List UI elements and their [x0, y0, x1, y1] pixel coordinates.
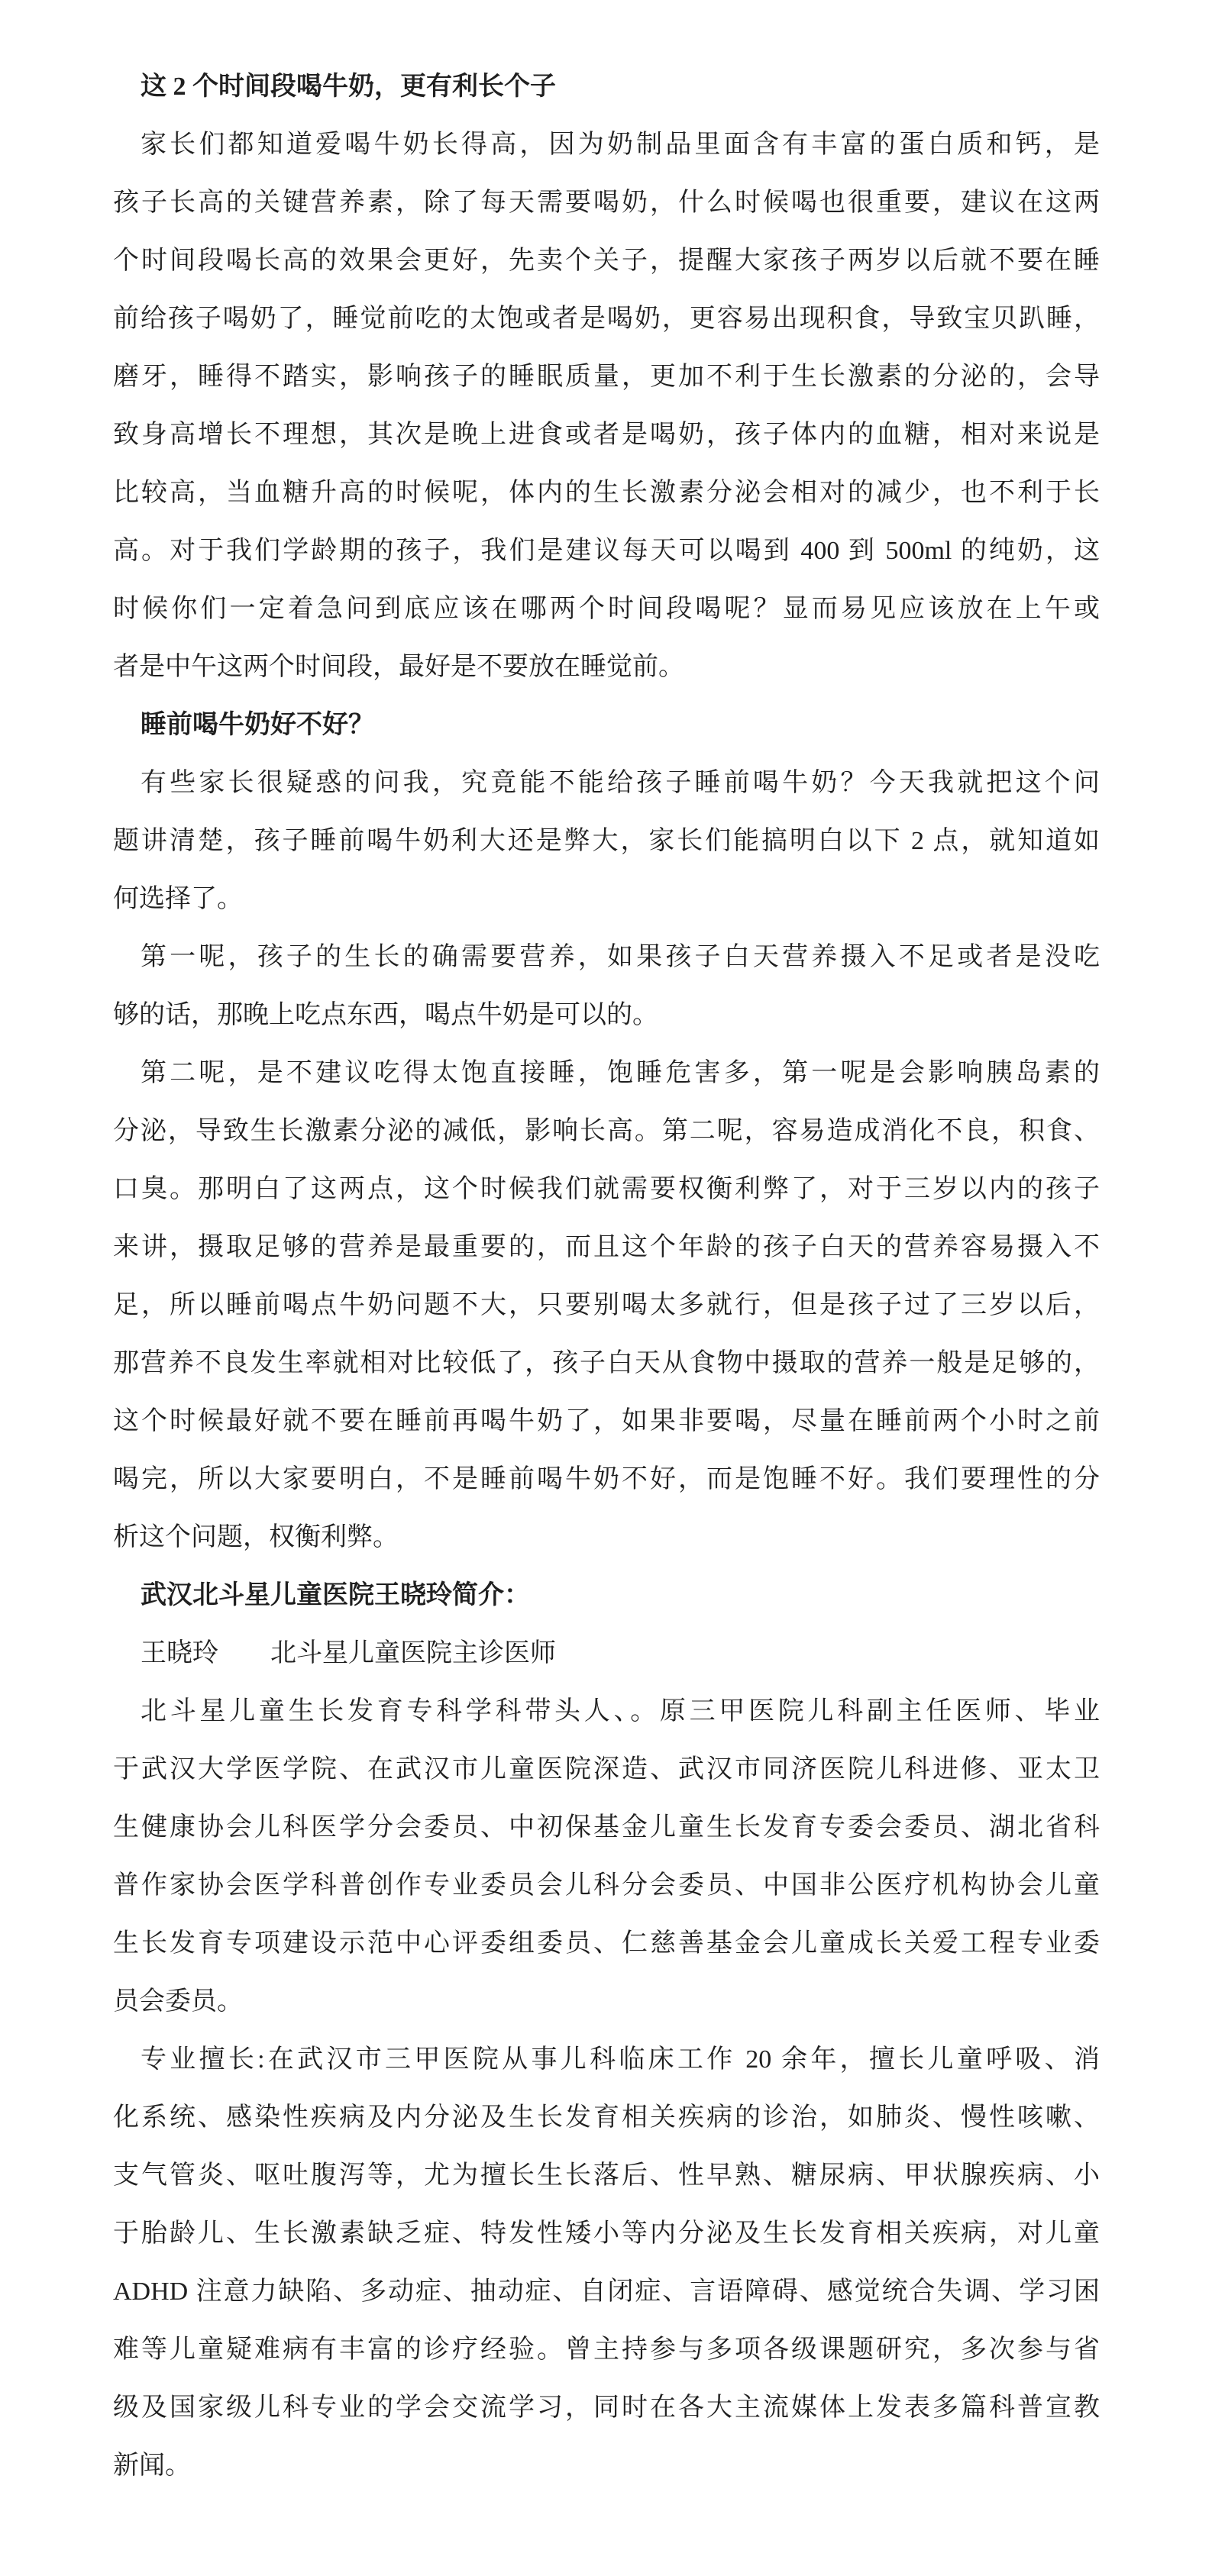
text-line: 难等儿童疑难病有丰富的诊疗经验。曾主持参与多项各级课题研究，多次参与省 — [113, 2321, 1100, 2379]
text-line: 有些家长很疑惑的问我，究竟能不能给孩子睡前喝牛奶？今天我就把这个问 — [113, 754, 1100, 812]
text-line: 够的话，那晚上吃点东西，喝点牛奶是可以的。 — [113, 986, 1100, 1044]
text-line: 高。对于我们学龄期的孩子，我们是建议每天可以喝到 400 到 500ml 的纯奶… — [113, 522, 1100, 580]
text-line: 化系统、感染性疾病及内分泌及生长发育相关疾病的诊治，如肺炎、慢性咳嗽、 — [113, 2089, 1100, 2147]
section-heading: 武汉北斗星儿童医院王晓玲简介： — [113, 1567, 1100, 1625]
text-line: 第一呢，孩子的生长的确需要营养，如果孩子白天营养摄入不足或者是没吃 — [113, 928, 1100, 986]
text-line: ADHD 注意力缺陷、多动症、抽动症、自闭症、言语障碍、感觉统合失调、学习困 — [113, 2263, 1100, 2321]
section-heading: 睡前喝牛奶好不好？ — [113, 696, 1100, 754]
text-line: 于胎龄儿、生长激素缺乏症、特发性矮小等内分泌及生长发育相关疾病，对儿童 — [113, 2205, 1100, 2263]
text-line: 来讲，摄取足够的营养是最重要的，而且这个年龄的孩子白天的营养容易摄入不 — [113, 1219, 1100, 1277]
text-line: 致身高增长不理想，其次是晚上进食或者是喝奶，孩子体内的血糖，相对来说是 — [113, 406, 1100, 464]
text-line: 喝完，所以大家要明白，不是睡前喝牛奶不好，而是饱睡不好。我们要理性的分 — [113, 1451, 1100, 1509]
text-line: 生健康协会儿科医学分会委员、中初保基金儿童生长发育专委会委员、湖北省科 — [113, 1799, 1100, 1857]
text-line: 普作家协会医学科普创作专业委员会儿科分会委员、中国非公医疗机构协会儿童 — [113, 1857, 1100, 1915]
section-heading: 这 2 个时间段喝牛奶，更有利长个子 — [113, 58, 1100, 116]
text-line: 题讲清楚，孩子睡前喝牛奶利大还是弊大，家长们能搞明白以下 2 点，就知道如 — [113, 812, 1100, 870]
text-line: 者是中午这两个时间段，最好是不要放在睡觉前。 — [113, 638, 1100, 696]
text-line: 何选择了。 — [113, 870, 1100, 928]
text-line: 磨牙，睡得不踏实，影响孩子的睡眠质量，更加不利于生长激素的分泌的，会导 — [113, 348, 1100, 406]
text-line: 这个时候最好就不要在睡前再喝牛奶了，如果非要喝，尽量在睡前两个小时之前 — [113, 1393, 1100, 1451]
document-page: 这 2 个时间段喝牛奶，更有利长个子家长们都知道爱喝牛奶长得高，因为奶制品里面含… — [0, 0, 1212, 2576]
text-line: 级及国家级儿科专业的学会交流学习，同时在各大主流媒体上发表多篇科普宣教 — [113, 2379, 1100, 2437]
doctor-name-line: 王晓玲 北斗星儿童医院主诊医师 — [113, 1625, 1100, 1683]
text-line: 家长们都知道爱喝牛奶长得高，因为奶制品里面含有丰富的蛋白质和钙，是 — [113, 116, 1100, 174]
text-line: 析这个问题，权衡利弊。 — [113, 1509, 1100, 1567]
text-line: 比较高，当血糖升高的时候呢，体内的生长激素分泌会相对的减少，也不利于长 — [113, 464, 1100, 522]
text-line: 孩子长高的关键营养素，除了每天需要喝奶，什么时候喝也很重要，建议在这两 — [113, 174, 1100, 232]
text-line: 员会委员。 — [113, 1973, 1100, 2031]
text-line: 前给孩子喝奶了，睡觉前吃的太饱或者是喝奶，更容易出现积食，导致宝贝趴睡， — [113, 290, 1100, 348]
text-line: 个时间段喝长高的效果会更好，先卖个关子，提醒大家孩子两岁以后就不要在睡 — [113, 232, 1100, 290]
text-line: 足，所以睡前喝点牛奶问题不大，只要别喝太多就行，但是孩子过了三岁以后， — [113, 1277, 1100, 1335]
text-line: 第二呢，是不建议吃得太饱直接睡，饱睡危害多，第一呢是会影响胰岛素的 — [113, 1044, 1100, 1102]
text-line: 新闻。 — [113, 2437, 1100, 2495]
text-line: 那营养不良发生率就相对比较低了，孩子白天从食物中摄取的营养一般是足够的， — [113, 1335, 1100, 1393]
text-line: 时候你们一定着急问到底应该在哪两个时间段喝呢？显而易见应该放在上午或 — [113, 580, 1100, 638]
text-line: 北斗星儿童生长发育专科学科带头人、。原三甲医院儿科副主任医师、毕业 — [113, 1683, 1100, 1741]
text-line: 生长发育专项建设示范中心评委组委员、仁慈善基金会儿童成长关爱工程专业委 — [113, 1915, 1100, 1973]
text-line: 分泌，导致生长激素分泌的减低，影响长高。第二呢，容易造成消化不良，积食、 — [113, 1102, 1100, 1160]
text-line: 口臭。那明白了这两点，这个时候我们就需要权衡利弊了，对于三岁以内的孩子 — [113, 1160, 1100, 1219]
text-line: 支气管炎、呕吐腹泻等，尤为擅长生长落后、性早熟、糖尿病、甲状腺疾病、小 — [113, 2147, 1100, 2205]
text-line: 于武汉大学医学院、在武汉市儿童医院深造、武汉市同济医院儿科进修、亚太卫 — [113, 1741, 1100, 1799]
text-line: 专业擅长:在武汉市三甲医院从事儿科临床工作 20 余年，擅长儿童呼吸、消 — [113, 2031, 1100, 2089]
